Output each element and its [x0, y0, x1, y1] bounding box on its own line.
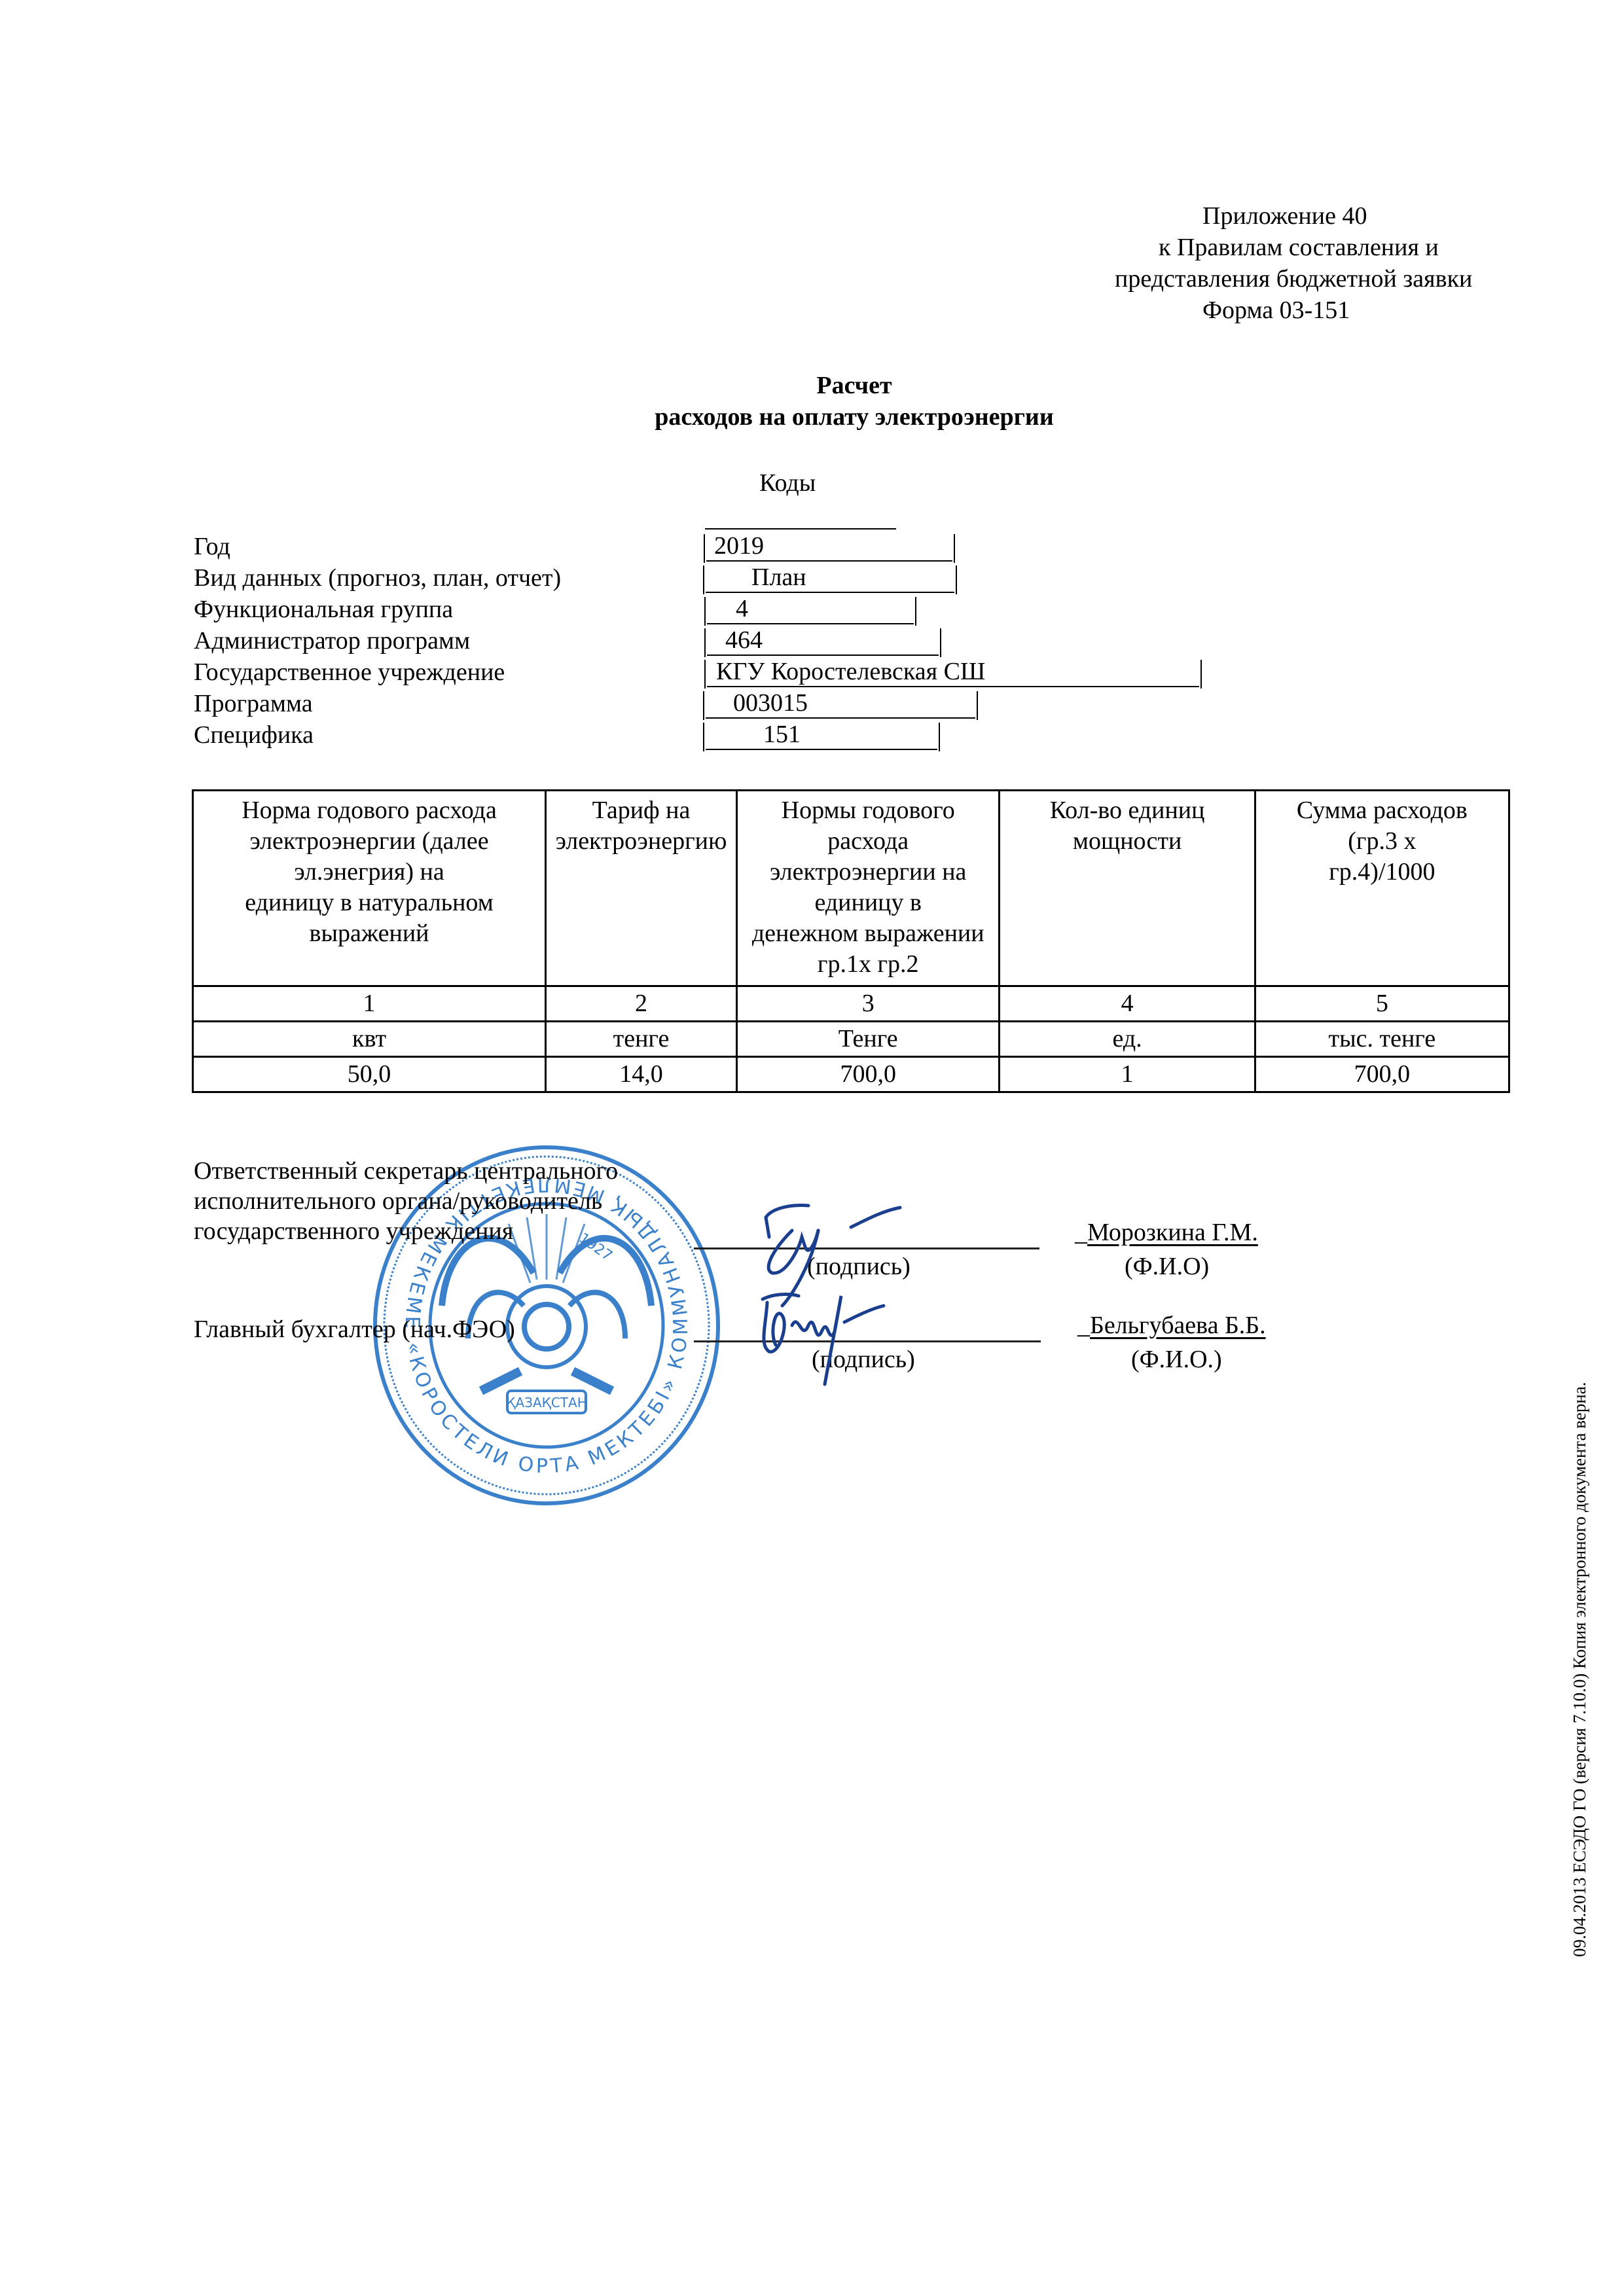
appendix-line: представления бюджетной заявки — [1113, 263, 1472, 295]
code-label-program: Программа — [194, 689, 313, 719]
units-row: квт тенге Тенге ед. тыс. тенге — [193, 1022, 1509, 1057]
table-header-row: Норма годового расходаэлектроэнергии (да… — [193, 791, 1509, 986]
code-value: КГУ Коростелевская СШ — [715, 657, 986, 686]
code-field-data-type: План — [703, 565, 957, 594]
header-cell: Норма годового расходаэлектроэнергии (да… — [193, 791, 546, 986]
code-field-program-admin: 464 — [704, 628, 941, 657]
code-value: План — [750, 563, 808, 592]
expense-table: Норма годового расходаэлектроэнергии (да… — [192, 789, 1510, 1093]
secretary-name-caption: (Ф.И.О) — [1125, 1251, 1209, 1282]
code-label-institution: Государственное учреждение — [194, 657, 505, 687]
code-label-specifics: Специфика — [194, 720, 314, 750]
header-line: единицу в — [738, 888, 999, 918]
column-number-row: 1 2 3 4 5 — [193, 986, 1509, 1022]
header-line: денежном выражении — [738, 918, 999, 949]
side-note: 09.04.2013 ЕСЭДО ГО (версия 7.10.0) Копи… — [1570, 1382, 1590, 1957]
code-field-year: 2019 — [704, 534, 955, 563]
svg-text:ҚАЗАҚСТАН: ҚАЗАҚСТАН — [506, 1395, 587, 1410]
unit-cell: квт — [193, 1022, 546, 1057]
title-line: расходов на оплату электроэнергии — [0, 401, 1624, 433]
accountant-name-caption: (Ф.И.О.) — [1131, 1344, 1222, 1374]
header-line: единицу в натуральном — [194, 888, 545, 918]
secretary-name-text: Морозкина Г.М. — [1087, 1219, 1258, 1246]
header-line: выражений — [194, 918, 545, 949]
codes-heading: Коды — [759, 469, 816, 497]
header-cell: Сумма расходов(гр.3 хгр.4)/1000 — [1255, 791, 1509, 986]
code-label-data-type: Вид данных (прогноз, план, отчет) — [194, 563, 561, 593]
header-line: электроэнергию — [547, 826, 736, 857]
header-cell: Кол-во единицмощности — [1000, 791, 1255, 986]
form-number: Форма 03-151 — [1113, 295, 1472, 326]
header-line: расхода — [738, 826, 999, 857]
header-line: гр.4)/1000 — [1256, 857, 1508, 888]
code-label-program-admin: Администратор программ — [194, 626, 470, 656]
code-label-year: Год — [194, 531, 230, 562]
secretary-title-line: государственного учреждения — [194, 1216, 618, 1246]
header-line: Нормы годового — [738, 795, 999, 826]
header-line: мощности — [1000, 826, 1254, 857]
column-number: 1 — [193, 986, 546, 1022]
code-value: 2019 — [713, 531, 765, 560]
code-value: 003015 — [732, 689, 809, 717]
accountant-name: _Бельгубаева Б.Б. — [1077, 1310, 1266, 1340]
unit-cell: Тенге — [736, 1022, 1000, 1057]
code-value: 4 — [734, 594, 749, 623]
title-line: Расчет — [0, 370, 1624, 401]
header-line: Кол-во единиц — [1000, 795, 1254, 826]
code-field-program: 003015 — [703, 691, 978, 720]
unit-cell: тыс. тенге — [1255, 1022, 1509, 1057]
header-line: Сумма расходов — [1256, 795, 1508, 826]
value-cell: 50,0 — [193, 1057, 546, 1092]
document-title: Расчет расходов на оплату электроэнергии — [0, 370, 1624, 433]
appendix-line: Приложение 40 — [1113, 200, 1472, 232]
value-cell: 700,0 — [1255, 1057, 1509, 1092]
accountant-signature-icon — [753, 1286, 923, 1391]
header-line: Тариф на — [547, 795, 736, 826]
header-line: электроэнергии (далее — [194, 826, 545, 857]
appendix-header: Приложение 40 к Правилам составления и п… — [1113, 200, 1472, 326]
code-field-functional-group: 4 — [704, 597, 916, 626]
header-line: электроэнергии на — [738, 857, 999, 888]
secretary-name: _Морозкина Г.М. — [1075, 1217, 1258, 1247]
code-value: 151 — [762, 720, 802, 749]
code-value: 464 — [724, 626, 764, 655]
column-number: 3 — [736, 986, 1000, 1022]
secretary-title: Ответственный секретарь центрального исп… — [194, 1156, 618, 1246]
header-cell: Нормы годовогорасходаэлектроэнергии наед… — [736, 791, 1000, 986]
column-number: 5 — [1255, 986, 1509, 1022]
header-line: Норма годового расхода — [194, 795, 545, 826]
table-row: 50,0 14,0 700,0 1 700,0 — [193, 1057, 1509, 1092]
header-line: гр.1х гр.2 — [738, 949, 999, 980]
header-line: эл.энегрия) на — [194, 857, 545, 888]
codes-top-rule — [705, 528, 896, 529]
accountant-title: Главный бухгалтер (нач.ФЭО) — [194, 1314, 515, 1344]
value-cell: 700,0 — [736, 1057, 1000, 1092]
code-field-institution: КГУ Коростелевская СШ — [704, 660, 1202, 689]
value-cell: 1 — [1000, 1057, 1255, 1092]
column-number: 2 — [546, 986, 737, 1022]
code-label-functional-group: Функциональная группа — [194, 594, 453, 624]
value-cell: 14,0 — [546, 1057, 737, 1092]
accountant-name-text: Бельгубаева Б.Б. — [1090, 1312, 1266, 1339]
column-number: 4 — [1000, 986, 1255, 1022]
unit-cell: тенге — [546, 1022, 737, 1057]
code-field-specifics: 151 — [703, 723, 940, 751]
unit-cell: ед. — [1000, 1022, 1255, 1057]
header-cell: Тариф наэлектроэнергию — [546, 791, 737, 986]
secretary-title-line: Ответственный секретарь центрального — [194, 1156, 618, 1186]
appendix-line: к Правилам составления и — [1113, 232, 1472, 263]
header-line: (гр.3 х — [1256, 826, 1508, 857]
secretary-title-line: исполнительного органа/руководитель — [194, 1186, 618, 1216]
